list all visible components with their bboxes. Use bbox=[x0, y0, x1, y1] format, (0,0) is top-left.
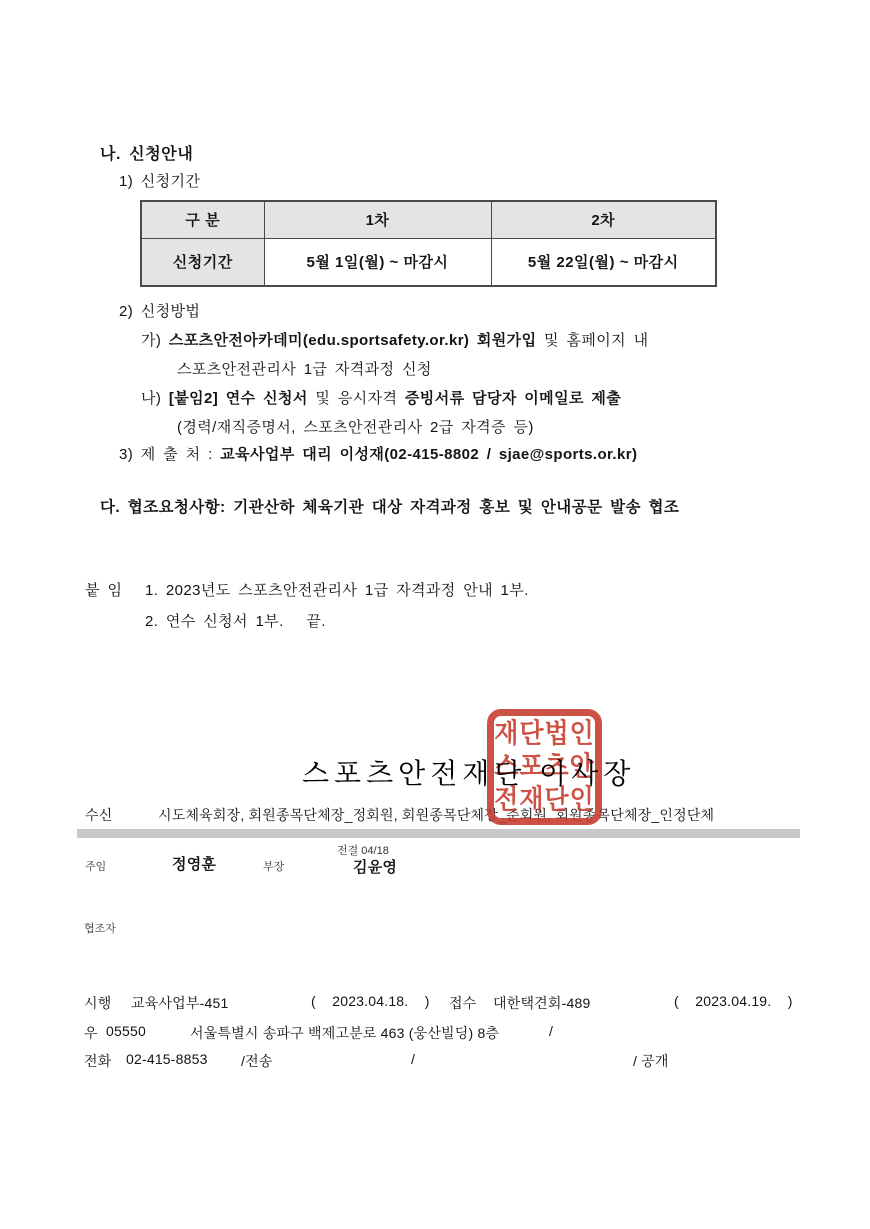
table-header-round2: 2차 bbox=[491, 201, 716, 238]
table-cell-round2-period: 5월 22일(월) ~ 마감시 bbox=[491, 238, 716, 286]
attachment-line-1: 1. 2023년도 스포츠안전관리사 1급 자격과정 안내 1부. bbox=[145, 579, 529, 600]
table-row: 신청기간 5월 1일(월) ~ 마감시 5월 22일(월) ~ 마감시 bbox=[141, 238, 716, 286]
section-c-line: 다. 협조요청사항: 기관산하 체육기관 대상 자격과정 홍보 및 안내공문 발… bbox=[100, 495, 679, 517]
item-application-period-label: 1) 신청기간 bbox=[119, 170, 200, 191]
table-header-category: 구 분 bbox=[141, 201, 264, 238]
zip-label: 우 bbox=[84, 1023, 98, 1043]
dispatch-label: 시행 bbox=[84, 993, 111, 1013]
approver-role-1: 주임 bbox=[85, 858, 106, 874]
application-period-table: 구 분 1차 2차 신청기간 5월 1일(월) ~ 마감시 5월 22일(월) … bbox=[140, 200, 717, 287]
recipients-label: 수신 bbox=[85, 805, 112, 825]
method-ga-line1: 가) 스포츠안전아카데미(edu.sportsafety.or.kr) 회원가입… bbox=[141, 329, 649, 350]
method-na-line2: (경력/재직증명서, 스포츠안전관리사 2급 자격증 등) bbox=[177, 416, 534, 437]
disclosure-label: / 공개 bbox=[633, 1051, 669, 1071]
method-na-prefix: 나) bbox=[141, 390, 169, 407]
table-header-row: 구 분 1차 2차 bbox=[141, 201, 716, 238]
approver-name-2: 김윤영 bbox=[353, 856, 397, 877]
item-submission-line: 3) 제 출 처 : 교육사업부 대리 이성재(02-415-8802 / sj… bbox=[119, 443, 637, 464]
recipients-value: 시도체육회장, 회원종목단체장_정회원, 회원종목단체장_준회원, 회원종목단체… bbox=[158, 805, 714, 825]
address-text: 서울특별시 송파구 백제고분로 463 (웅산빌딩) 8층 bbox=[190, 1023, 499, 1043]
approver-name-1: 정영훈 bbox=[172, 853, 216, 874]
method-ga-line2: 스포츠안전관리사 1급 자격과정 신청 bbox=[177, 358, 432, 379]
item-submission-prefix: 3) 제 출 처 : bbox=[119, 446, 220, 463]
table-cell-round1-period: 5월 1일(월) ~ 마감시 bbox=[264, 238, 491, 286]
table-header-round1: 1차 bbox=[264, 201, 491, 238]
seal-text-row-1: 재단법인 bbox=[494, 719, 595, 747]
item-submission-contact: 교육사업부 대리 이성재(02-415-8802 / sjae@sports.o… bbox=[220, 446, 637, 463]
official-letter-page: 나. 신청안내 1) 신청기간 구 분 1차 2차 신청기간 5월 1일(월) … bbox=[0, 0, 870, 1229]
method-ga-rest-text: 및 홈페이지 내 bbox=[536, 332, 648, 349]
address-slash: / bbox=[549, 1023, 553, 1039]
receipt-doc-number: 대한택견회-489 bbox=[493, 993, 590, 1013]
issuer-title: 스포츠안전재단 이사장 bbox=[302, 752, 635, 792]
method-ga-bold-text: 스포츠안전아카데미(edu.sportsafety.or.kr) 회원가입 bbox=[169, 332, 537, 349]
method-na-bold2-text: 증빙서류 담당자 이메일로 제출 bbox=[405, 390, 621, 407]
receipt-label: 접수 bbox=[449, 993, 476, 1013]
dispatch-date: ( 2023.04.18. ) bbox=[311, 993, 430, 1009]
mid-slash: / bbox=[411, 1051, 415, 1067]
dispatch-doc-number: 교육사업부-451 bbox=[131, 993, 228, 1013]
approver-role-2: 부장 bbox=[263, 858, 284, 874]
attachments-label: 붙 임 bbox=[85, 579, 122, 600]
method-na-bold1-text: [붙임2] 연수 신청서 bbox=[169, 390, 308, 407]
method-na-line1: 나) [붙임2] 연수 신청서 및 응시자격 증빙서류 담당자 이메일로 제출 bbox=[141, 387, 621, 408]
item-application-method-label: 2) 신청방법 bbox=[119, 300, 200, 321]
tel-label: 전화 bbox=[84, 1051, 111, 1071]
section-b-heading: 나. 신청안내 bbox=[100, 141, 193, 164]
tel-number: 02-415-8853 bbox=[126, 1051, 208, 1067]
method-na-mid-text: 및 응시자격 bbox=[308, 390, 405, 407]
method-ga-prefix: 가) bbox=[141, 332, 169, 349]
zip-code: 05550 bbox=[106, 1023, 146, 1039]
divider-bar bbox=[77, 829, 800, 838]
receipt-date: ( 2023.04.19. ) bbox=[674, 993, 793, 1009]
table-row-label: 신청기간 bbox=[141, 238, 264, 286]
cooperator-label: 협조자 bbox=[84, 920, 116, 936]
attachment-line-2: 2. 연수 신청서 1부. 끝. bbox=[145, 610, 326, 631]
fax-label: /전송 bbox=[241, 1051, 273, 1071]
